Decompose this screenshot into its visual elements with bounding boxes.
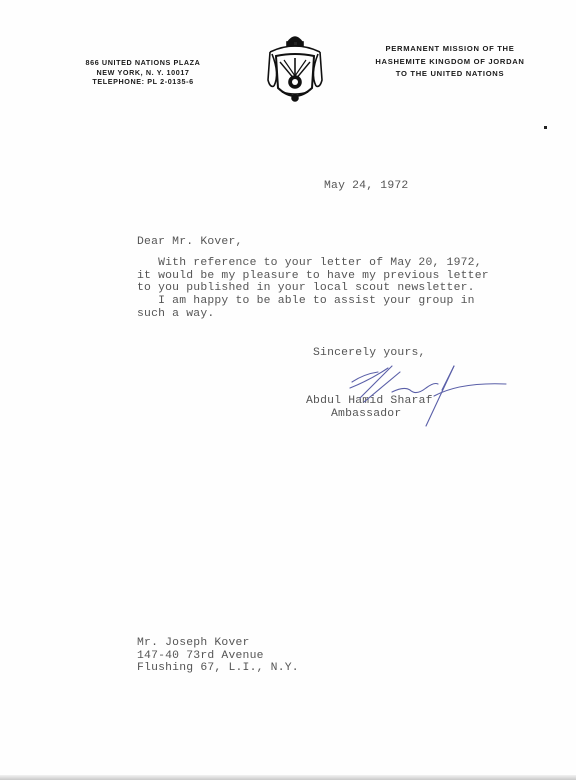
- mission-line-2: HASHEMITE KINGDOM OF JORDAN: [350, 56, 550, 69]
- mission-line-3: TO THE UNITED NATIONS: [350, 68, 550, 81]
- address-line-street: 866 UNITED NATIONS PLAZA: [58, 58, 228, 68]
- salutation: Dear Mr. Kover,: [137, 236, 243, 249]
- page-bottom-edge: [0, 775, 576, 780]
- letter-page: 866 UNITED NATIONS PLAZA NEW YORK, N. Y.…: [0, 0, 576, 780]
- mission-name-block: PERMANENT MISSION OF THE HASHEMITE KINGD…: [350, 43, 550, 81]
- mission-address-block: 866 UNITED NATIONS PLAZA NEW YORK, N. Y.…: [58, 58, 228, 87]
- recipient-address: Mr. Joseph Kover 147-40 73rd Avenue Flus…: [137, 637, 299, 675]
- ink-speck: [294, 42, 297, 45]
- handwritten-signature-icon: [330, 360, 510, 430]
- address-line-city: NEW YORK, N. Y. 10017: [58, 68, 228, 78]
- address-line-telephone: TELEPHONE: PL 2-0135-6: [58, 77, 228, 87]
- letter-date: May 24, 1972: [324, 180, 408, 193]
- ink-speck: [544, 126, 547, 129]
- mission-line-1: PERMANENT MISSION OF THE: [350, 43, 550, 56]
- body-paragraph-1: With reference to your letter of May 20,…: [137, 257, 489, 295]
- closing: Sincerely yours,: [313, 347, 426, 360]
- body-paragraph-2: I am happy to be able to assist your gro…: [137, 295, 475, 320]
